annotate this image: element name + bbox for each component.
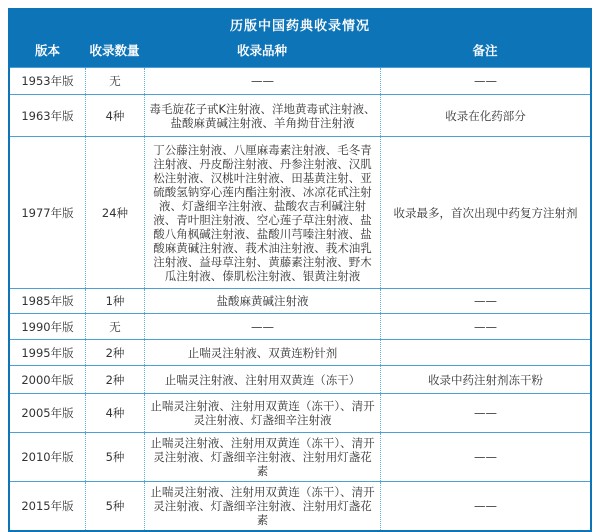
- page: 历版中国药典收录情况 版本 收录数量 收录品种 备注 1953年版 无 —— —…: [0, 0, 600, 504]
- table-row: 2010年版 5种 止喘灵注射液、注射用双黄连（冻干）、清开灵注射液、灯盏细辛注…: [10, 432, 590, 481]
- version-cell: 1990年版: [10, 314, 85, 339]
- remark-cell: ——: [380, 394, 590, 432]
- version-cell: 2000年版: [10, 366, 85, 393]
- version-cell: 1995年版: [10, 340, 85, 365]
- varieties-cell: 止喘灵注射液、注射用双黄连（冻干）、清开灵注射液、灯盏细辛注射液: [144, 394, 380, 432]
- table-row: 1990年版 无 —— ——: [10, 313, 590, 339]
- remark-cell: ——: [380, 289, 590, 313]
- table-row: 2015年版 5种 止喘灵注射液、注射用双黄连（冻干）、清开灵注射液、灯盏细辛注…: [10, 481, 590, 530]
- varieties-cell: 止喘灵注射液、注射用双黄连（冻干）、清开灵注射液、灯盏细辛注射液、注射用灯盏花素: [144, 482, 380, 530]
- remark-cell: ——: [380, 433, 590, 481]
- table-title: 历版中国药典收录情况: [10, 10, 590, 37]
- varieties-cell: 盐酸麻黄碱注射液: [144, 289, 380, 313]
- remark-cell: [380, 340, 590, 365]
- varieties-cell: 止喘灵注射液、注射用双黄连（冻干）、清开灵注射液、灯盏细辛注射液、注射用灯盏花素: [144, 433, 380, 481]
- version-cell: 1985年版: [10, 289, 85, 313]
- remark-cell: 收录中药注射剂冻干粉: [380, 366, 590, 393]
- column-header-row: 版本 收录数量 收录品种 备注: [10, 37, 590, 67]
- count-cell: 2种: [85, 366, 144, 393]
- column-header-remark: 备注: [380, 41, 590, 59]
- count-cell: 24种: [85, 137, 144, 288]
- table-row: 1963年版 4种 毒毛旋花子甙K注射液、洋地黄毒甙注射液、盐酸麻黄碱注射液、羊…: [10, 94, 590, 136]
- column-header-count: 收录数量: [85, 41, 144, 59]
- remark-cell: 收录最多，首次出现中药复方注射剂: [380, 137, 590, 288]
- version-cell: 1953年版: [10, 68, 85, 94]
- version-cell: 1963年版: [10, 95, 85, 136]
- count-cell: 无: [85, 68, 144, 94]
- count-cell: 无: [85, 314, 144, 339]
- varieties-cell: 止喘灵注射液、注射用双黄连（冻干）: [144, 366, 380, 393]
- table-header: 历版中国药典收录情况 版本 收录数量 收录品种 备注: [10, 10, 590, 67]
- column-header-version: 版本: [10, 41, 85, 59]
- table-row: 1985年版 1种 盐酸麻黄碱注射液 ——: [10, 288, 590, 313]
- table-row: 1977年版 24种 丁公藤注射液、八厘麻毒素注射液、毛冬青注射液、丹皮酚注射液…: [10, 136, 590, 288]
- version-cell: 2010年版: [10, 433, 85, 481]
- varieties-cell: ——: [144, 68, 380, 94]
- remark-cell: 收录在化药部分: [380, 95, 590, 136]
- pharmacopoeia-table: 历版中国药典收录情况 版本 收录数量 收录品种 备注 1953年版 无 —— —…: [8, 8, 592, 532]
- varieties-cell: 毒毛旋花子甙K注射液、洋地黄毒甙注射液、盐酸麻黄碱注射液、羊角拗苷注射液: [144, 95, 380, 136]
- version-cell: 2005年版: [10, 394, 85, 432]
- count-cell: 4种: [85, 95, 144, 136]
- count-cell: 5种: [85, 482, 144, 530]
- table-body: 1953年版 无 —— —— 1963年版 4种 毒毛旋花子甙K注射液、洋地黄毒…: [10, 67, 590, 530]
- table-row: 1995年版 2种 止喘灵注射液、双黄连粉针剂: [10, 339, 590, 365]
- version-cell: 1977年版: [10, 137, 85, 288]
- table-row: 2000年版 2种 止喘灵注射液、注射用双黄连（冻干） 收录中药注射剂冻干粉: [10, 365, 590, 393]
- table-row: 1953年版 无 —— ——: [10, 67, 590, 94]
- count-cell: 4种: [85, 394, 144, 432]
- varieties-cell: 丁公藤注射液、八厘麻毒素注射液、毛冬青注射液、丹皮酚注射液、丹参注射液、汉肌松注…: [144, 137, 380, 288]
- remark-cell: ——: [380, 314, 590, 339]
- varieties-cell: ——: [144, 314, 380, 339]
- count-cell: 1种: [85, 289, 144, 313]
- varieties-cell: 止喘灵注射液、双黄连粉针剂: [144, 340, 380, 365]
- count-cell: 5种: [85, 433, 144, 481]
- table-row: 2005年版 4种 止喘灵注射液、注射用双黄连（冻干）、清开灵注射液、灯盏细辛注…: [10, 393, 590, 432]
- remark-cell: ——: [380, 482, 590, 530]
- count-cell: 2种: [85, 340, 144, 365]
- version-cell: 2015年版: [10, 482, 85, 530]
- remark-cell: ——: [380, 68, 590, 94]
- column-header-varieties: 收录品种: [144, 41, 380, 59]
